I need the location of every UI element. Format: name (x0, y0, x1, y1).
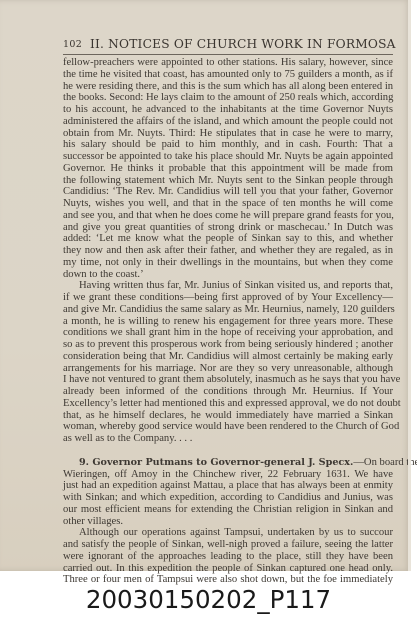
section-gap (63, 445, 393, 457)
text-line: to his account, he advanced to the inhab… (63, 104, 393, 116)
page-body: fellow-preachers were appointed to other… (63, 57, 393, 586)
text-line: so as to prevent this prosperous work fr… (63, 339, 393, 351)
text-line: our most efficient means for extending t… (63, 504, 393, 516)
text-line: the time he visited that coast, has amou… (63, 69, 393, 81)
text-line: other villages. (63, 516, 393, 528)
text-line: just had an expedition against Mattau, a… (63, 480, 393, 492)
image-id-caption: 20030150202_P117 (0, 585, 417, 614)
page-header: 102 II. NOTICES OF CHURCH WORK IN FORMOS… (63, 37, 393, 55)
text-line: his salary should be paid to him monthly… (63, 139, 393, 151)
section-heading-rest: —On board the (353, 457, 417, 468)
text-line: woman, whereby good service would have b… (63, 421, 393, 433)
text-line: he were residing there, and this is the … (63, 81, 393, 93)
scanned-page: 102 II. NOTICES OF CHURCH WORK IN FORMOS… (0, 0, 411, 571)
text-line: my time, not only in their dwellings in … (63, 257, 393, 269)
text-line: a month, he is willing to renew his enga… (63, 316, 393, 328)
text-line: Candidius: ‘The Rev. Mr. Candidius will … (63, 186, 393, 198)
text-line: if we grant these conditions—being first… (63, 292, 393, 304)
section-heading-line: 9. Governor Putmans to Governor-general … (63, 457, 393, 469)
text-line: as well as to the Company. . . . (63, 433, 393, 445)
text-line: obtain from Mr. Nuyts. Third: He stipula… (63, 128, 393, 140)
text-line: Excellency’s letter had mentioned this a… (63, 398, 393, 410)
paragraph-2: Having written thus far, Mr. Junius of S… (63, 280, 393, 445)
section-9: 9. Governor Putmans to Governor-general … (63, 457, 393, 528)
text-line: and see you, and that when he does come … (63, 210, 393, 222)
running-title: II. NOTICES OF CHURCH WORK IN FORMOSA (90, 37, 396, 51)
text-line: that, as he himself declares, he would i… (63, 410, 393, 422)
text-line: Although our operations against Tampsui,… (63, 527, 393, 539)
text-line: I have not ventured to grant them absolu… (63, 374, 393, 386)
text-line: fellow-preachers were appointed to other… (63, 57, 393, 69)
text-line: Having written thus far, Mr. Junius of S… (63, 280, 393, 292)
text-line: with Sinkan; and which expedition, accor… (63, 492, 393, 504)
text-line: consideration being that Mr. Candidius w… (63, 351, 393, 363)
text-line: and satisfy the people of Sinkan, well-n… (63, 539, 393, 551)
text-line: arrangements for his marriage. Nor are t… (63, 363, 393, 375)
text-line: Wieringen, off Amoy in the Chinchew rive… (63, 469, 393, 481)
text-line: already been informed of the conditions … (63, 386, 393, 398)
text-line: conditions we shall grant him in the hop… (63, 327, 393, 339)
text-line: carried out. In this expedition the peop… (63, 563, 393, 575)
section-heading: 9. Governor Putmans to Governor-general … (79, 457, 353, 468)
text-line: Nuyts, wishes you well, and that in the … (63, 198, 393, 210)
text-line: and give you great quantities of strong … (63, 222, 393, 234)
text-line: the books. Second: He lays claim to the … (63, 92, 393, 104)
text-line: added: ‘Let me know what the people of S… (63, 233, 393, 245)
text-line: and give Mr. Candidius the same salary a… (63, 304, 393, 316)
text-line: successor be appointed to take his place… (63, 151, 393, 163)
text-line: administered the affairs of the island, … (63, 116, 393, 128)
text-line: down to the coast.’ (63, 269, 393, 281)
paragraph-4: Although our operations against Tampsui,… (63, 527, 393, 586)
paragraph-1: fellow-preachers were appointed to other… (63, 57, 393, 280)
text-line: the following statement which Mr. Nuyts … (63, 175, 393, 187)
text-line: Governor. He thinks it probable that thi… (63, 163, 393, 175)
page-number: 102 (63, 39, 82, 50)
text-line: were ignorant of the approaches leading … (63, 551, 393, 563)
text-line: they now and then ask after their father… (63, 245, 393, 257)
